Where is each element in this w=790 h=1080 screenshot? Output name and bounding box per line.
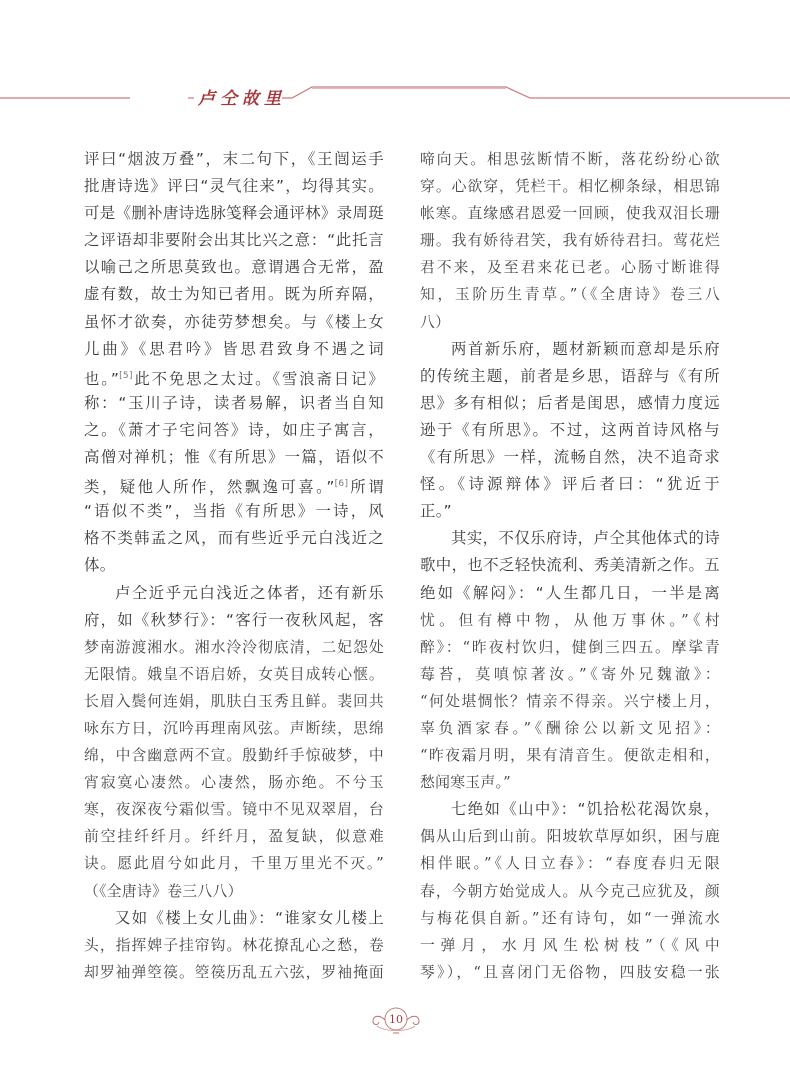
text-line: 辜负酒家春。”《酬徐公以新文见招》： — [420, 715, 720, 742]
text-line: 类，疑他人所作，然飘逸可喜。”[6]所谓 — [84, 471, 384, 498]
right-column: 啼向天。相思弦断情不断，落花纷纷心欲穿。心欲穿，凭栏干。相忆柳条绿，相思锦帐寒。… — [420, 146, 720, 986]
text-line: 绝如《解闷》：“人生都几日，一半是离 — [420, 580, 720, 607]
text-line: 虚有数，故士为知已者用。既为所弃隔， — [84, 281, 384, 308]
text-line: 珊。我有娇待君笑，我有娇待君扫。莺花烂 — [420, 227, 720, 254]
text-line: “何处堪惆怅？情亲不得亲。兴宁楼上月， — [420, 688, 720, 715]
page-number-badge: 10 — [367, 1004, 425, 1038]
text-line: “昨夜霜月明，果有清音生。便欲走相和， — [420, 742, 720, 769]
text-line: 七绝如《山中》：“饥拾松花渴饮泉， — [420, 796, 720, 823]
text-line: 咏东方日，沉吟再理南风弦。声断续，思绵 — [84, 715, 384, 742]
text-line: 批唐诗选》评曰“灵气往来”，均得其实。 — [84, 173, 384, 200]
text-line: 长眉入鬓何连娟，肌肤白玉秀且鲜。裴回共 — [84, 688, 384, 715]
text-line: 琴》），“且喜闭门无俗物，四肢安稳一张 — [420, 959, 720, 986]
text-line: 帐寒。直缘感君恩爱一回顾，使我双泪长珊 — [420, 200, 720, 227]
running-header: 卢仝故里 — [0, 60, 790, 120]
text-line: 以喻己之所思莫致也。意谓遇合无常，盈 — [84, 254, 384, 281]
header-rule-ornament — [0, 60, 790, 120]
text-line: 又如《楼上女儿曲》：“谁家女儿楼上 — [84, 905, 384, 932]
text-line: 八） — [420, 309, 720, 336]
text-line: 穿。心欲穿，凭栏干。相忆柳条绿，相思锦 — [420, 173, 720, 200]
text-line: 的传统主题，前者是乡思，语辞与《有所 — [420, 363, 720, 390]
text-line: 之。《萧才子宅问答》诗，如庄子寓言， — [84, 417, 384, 444]
text-line: 逊于《有所思》。不过，这两首诗风格与 — [420, 417, 720, 444]
text-line: 府，如《秋梦行》：“客行一夜秋风起，客 — [84, 607, 384, 634]
text-line: 前空挂纤纤月。纤纤月，盈复缺，似意难 — [84, 823, 384, 850]
text-line: 莓苔，莫嗔惊著汝。”《寄外兄魏澈》： — [420, 661, 720, 688]
text-line: 其实，不仅乐府诗，卢仝其他体式的诗 — [420, 525, 720, 552]
text-line: 卢仝近乎元白浅近之体者，还有新乐 — [84, 580, 384, 607]
text-line: 寒，夜深夜兮霜似雪。镜中不见双翠眉，台 — [84, 796, 384, 823]
text-line: 绵，中含幽意两不宣。殷勤纤手惊破梦，中 — [84, 742, 384, 769]
text-line: 相伴眠。”《人日立春》：“春度春归无限 — [420, 850, 720, 877]
text-line: 诀。愿此眉兮如此月，千里万里光不灭。” — [84, 850, 384, 877]
text-line: 愁闻寒玉声。” — [420, 769, 720, 796]
text-line: 《有所思》一样，流畅自然，决不追奇求 — [420, 444, 720, 471]
text-line: （《全唐诗》卷三八八） — [84, 878, 384, 905]
page-number: 10 — [367, 1013, 425, 1026]
left-column: 评曰“烟波万叠”，末二句下，《王闿运手批唐诗选》评曰“灵气往来”，均得其实。可是… — [84, 146, 384, 986]
text-line: 歌中，也不乏轻快流利、秀美清新之作。五 — [420, 552, 720, 579]
text-line: 无限情。娥皇不语启娇，女英目成转心惬。 — [84, 661, 384, 688]
text-line: 思》多有相似；后者是闺思，感情力度远 — [420, 390, 720, 417]
text-line: 格不类韩孟之风，而有些近乎元白浅近之 — [84, 525, 384, 552]
text-line: 虽怀才欲奏，亦徒劳梦想矣。与《楼上女 — [84, 309, 384, 336]
text-line: 之评语却非要附会出其比兴之意：“此托言 — [84, 227, 384, 254]
text-line: 知，玉阶历生青草。”（《全唐诗》卷三八 — [420, 281, 720, 308]
text-line: 宵寂寞心凄然。心凄然，肠亦绝。不兮玉 — [84, 769, 384, 796]
text-line: 啼向天。相思弦断情不断，落花纷纷心欲 — [420, 146, 720, 173]
text-line: 正。” — [420, 498, 720, 525]
text-line: 偶从山后到山前。阳坡软草厚如织，困与鹿 — [420, 823, 720, 850]
text-line: 怪。《诗源辩体》评后者曰：“犹近于 — [420, 471, 720, 498]
text-line: 两首新乐府，题材新颖而意却是乐府 — [420, 336, 720, 363]
footnote-marker: [5] — [119, 371, 133, 381]
header-title: 卢仝故里 — [198, 84, 286, 109]
text-line: 君不来，及至君来花已老。心肠寸断谁得 — [420, 254, 720, 281]
footnote-marker: [6] — [335, 479, 349, 489]
text-line: 忧。但有樽中物，从他万事休。”《村 — [420, 607, 720, 634]
text-line: 却罗袖弹箜篌。箜篌历乱五六弦，罗袖掩面 — [84, 959, 384, 986]
text-line: 与梅花俱自新。”还有诗句，如“一弹流水 — [420, 905, 720, 932]
text-line: 醉》：“昨夜村饮归，健倒三四五。摩挲青 — [420, 634, 720, 661]
text-line: 儿曲》《思君吟》皆思君致身不遇之词 — [84, 336, 384, 363]
text-line: 称：“玉川子诗，读者易解，识者当自知 — [84, 390, 384, 417]
text-line: 高僧对禅机；惟《有所思》一篇，语似不 — [84, 444, 384, 471]
text-line: 头，指挥婢子挂帘钩。林花撩乱心之愁，卷 — [84, 932, 384, 959]
text-line: 评曰“烟波万叠”，末二句下，《王闿运手 — [84, 146, 384, 173]
text-line: 可是《删补唐诗选脉笺释会通评林》录周珽 — [84, 200, 384, 227]
text-line: 一弹月，水月风生松树枝”（《风中 — [420, 932, 720, 959]
text-line: 也。”[5]此不免思之太过。《雪浪斋日记》 — [84, 363, 384, 390]
text-line: 春，今朝方始觉成人。从今克己应犹及，颜 — [420, 878, 720, 905]
text-line: “语似不类”，当指《有所思》一诗，风 — [84, 498, 384, 525]
text-line: 梦南游渡湘水。湘水泠泠彻底清，二妃怨处 — [84, 634, 384, 661]
text-line: 体。 — [84, 552, 384, 579]
